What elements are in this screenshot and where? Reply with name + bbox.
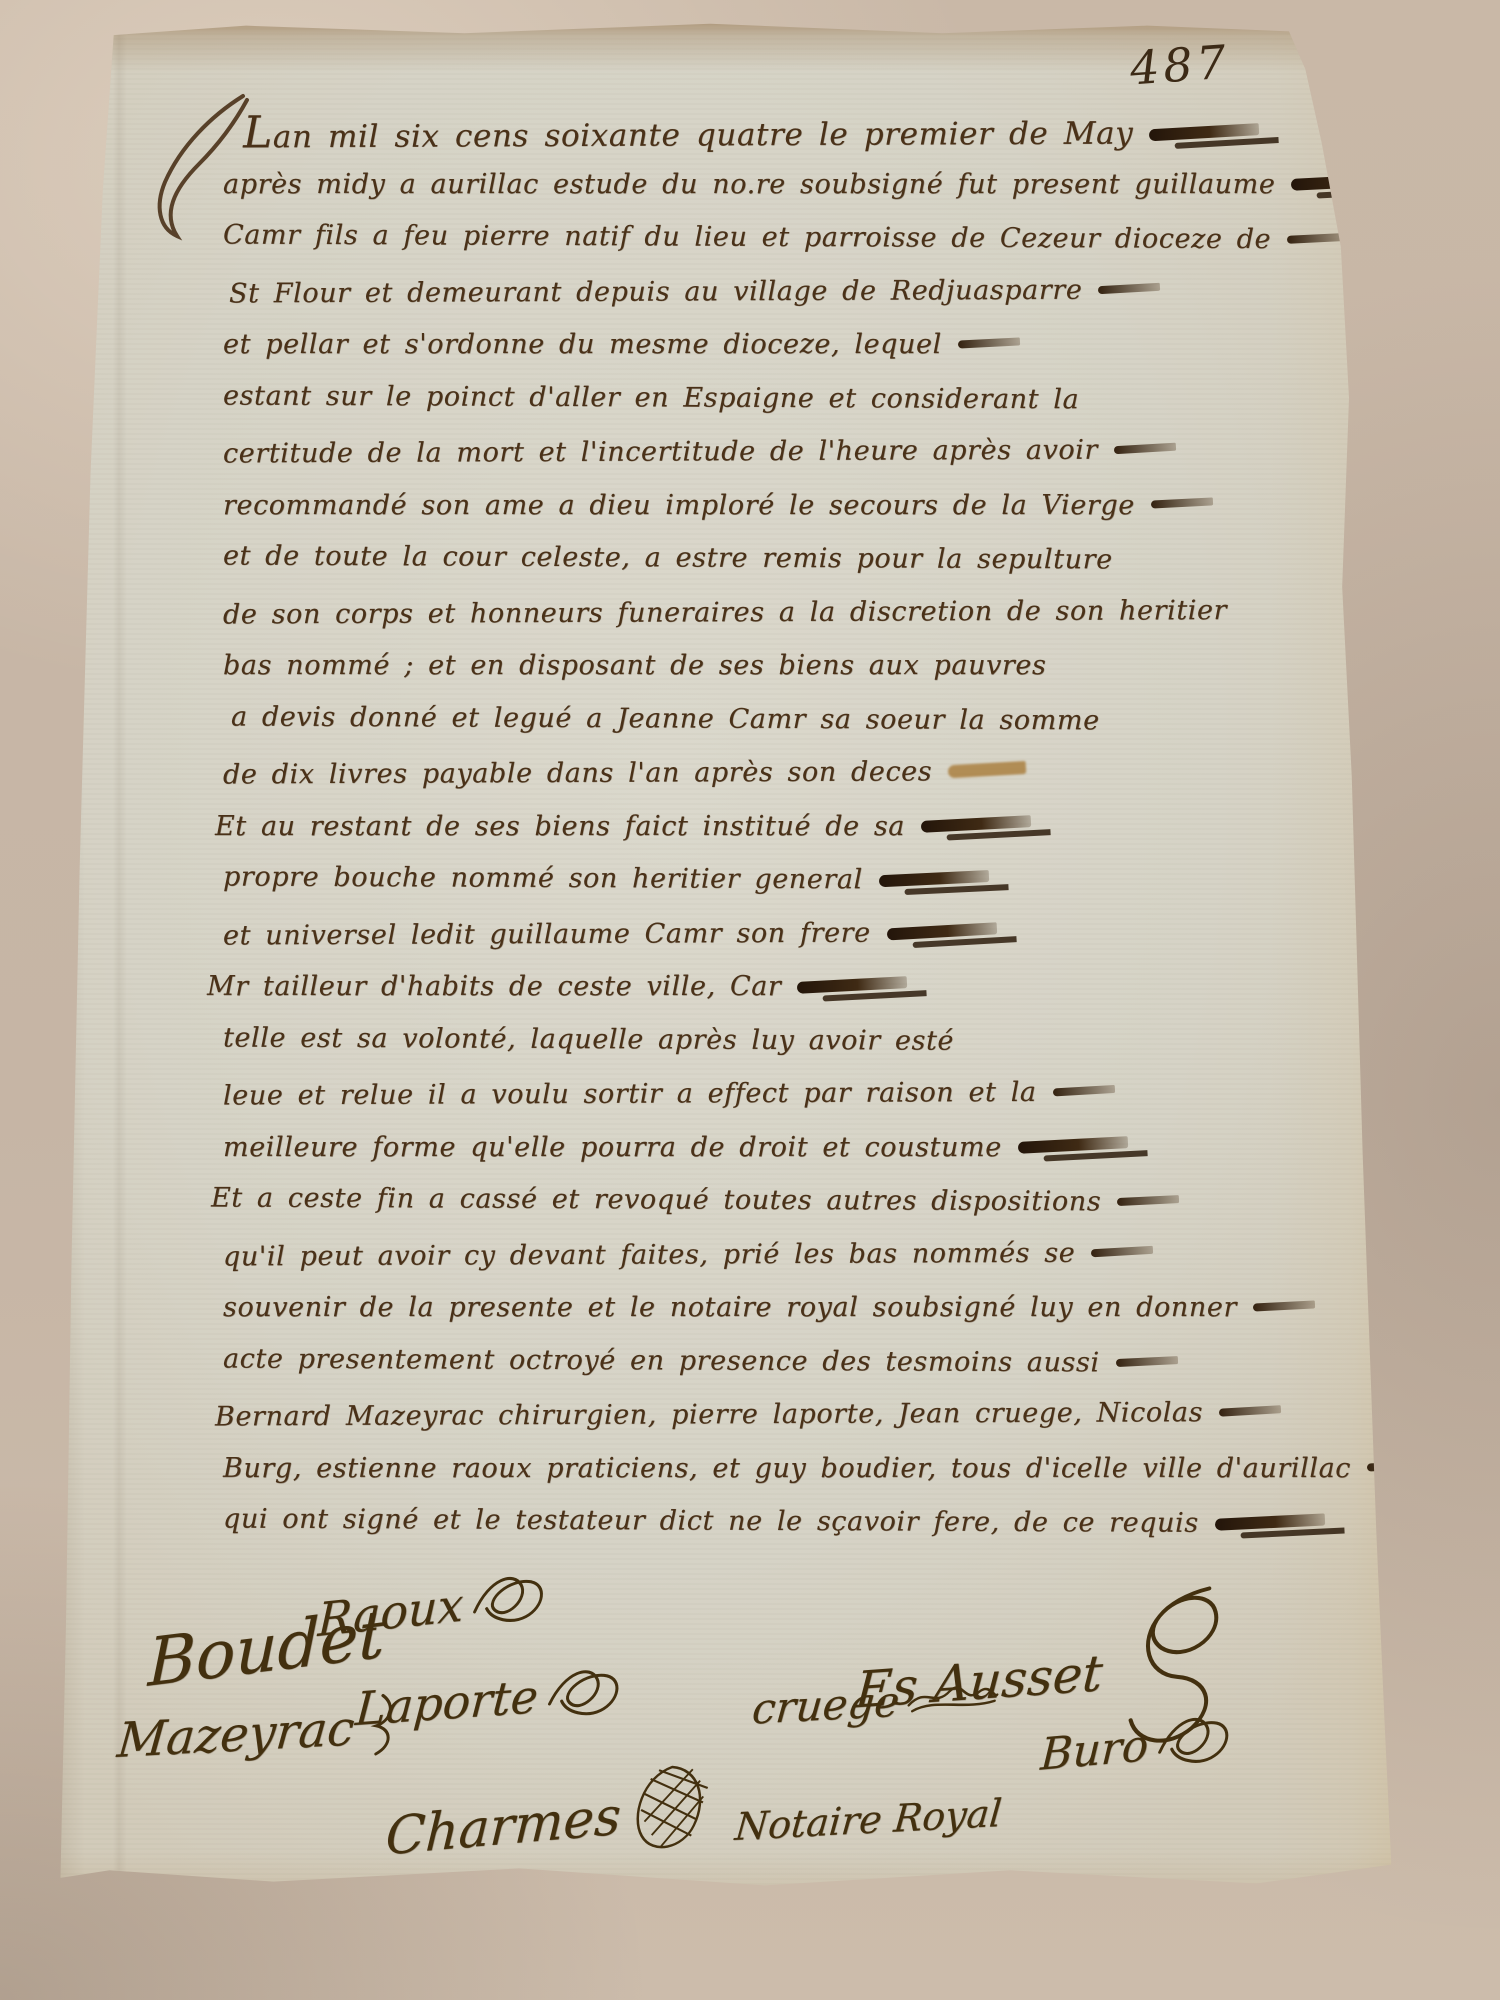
manuscript-line-text: Et au restant de ses biens faict institu… <box>215 811 905 842</box>
manuscript-line: qui ont signé et le testateur dict ne le… <box>223 1493 1353 1551</box>
manuscript-line: Et a ceste fin a cassé et revoqué toutes… <box>211 1172 1353 1230</box>
manuscript-line-text: Et a ceste fin a cassé et revoqué toutes… <box>211 1183 1101 1218</box>
manuscript-line-text: Bernard Mazeyrac chirurgien, pierre lapo… <box>215 1397 1203 1432</box>
signature-boudet: Boudet <box>147 1595 385 1702</box>
manuscript-line: certitude de la mort et l'incertitude de… <box>223 423 1353 481</box>
manuscript-line: a devis donné et legué a Jeanne Camr sa … <box>231 690 1353 748</box>
signature-notaire-royal: Notaire Royal <box>733 1791 1003 1849</box>
line-filler-ink-stroke <box>1151 497 1213 508</box>
line-filler-ink-stroke <box>1115 1355 1177 1366</box>
line-filler-ink-stroke <box>958 337 1020 348</box>
line-filler-ink-stroke <box>1367 1460 1429 1471</box>
manuscript-line-text: et pellar et s'ordonne du mesme dioceze,… <box>223 329 942 360</box>
manuscript-line: souvenir de la presente et le notaire ro… <box>223 1281 1353 1335</box>
manuscript-line-text: et de toute la cour celeste, a estre rem… <box>223 541 1113 576</box>
manuscript-line: et de toute la cour celeste, a estre rem… <box>223 530 1353 588</box>
manuscript-line: Bernard Mazeyrac chirurgien, pierre lapo… <box>215 1386 1353 1444</box>
manuscript-line: leue et relue il a voulu sortir a effect… <box>223 1065 1353 1123</box>
signature-mazeyrac: Mazeyrac <box>114 1690 404 1783</box>
signature-name: Boudet <box>147 1595 385 1702</box>
page-number: 487 <box>1128 35 1231 96</box>
manuscript-line: qu'il peut avoir cy devant faites, prié … <box>223 1225 1353 1283</box>
manuscript-text: Lan mil six cens soixante quatre le prem… <box>223 104 1353 1549</box>
manuscript-line-text: certitude de la mort et l'incertitude de… <box>223 435 1098 470</box>
signature-paraph-flourish <box>541 1658 630 1735</box>
manuscript-line-text: Lan mil six cens soixante quatre le prem… <box>243 116 1133 156</box>
manuscript-line-text: de dix livres payable dans l'an après so… <box>223 756 932 790</box>
manuscript-line-text: meilleure forme qu'elle pourra de droit … <box>223 1132 1002 1163</box>
manuscript-line-text: après midy a aurillac estude du no.re so… <box>223 169 1275 200</box>
manuscript-line-text: qui ont signé et le testateur dict ne le… <box>223 1504 1199 1539</box>
manuscript-line: Mr tailleur d'habits de ceste ville, Car <box>207 960 1353 1014</box>
line-filler-ink-stroke <box>797 976 907 994</box>
manuscript-line-text: souvenir de la presente et le notaire ro… <box>223 1292 1237 1323</box>
manuscript-line-text: telle est sa volonté, laquelle après luy… <box>223 1022 954 1056</box>
line-filler-ink-stroke <box>1219 1405 1281 1417</box>
manuscript-line-text: St Flour et demeurant depuis au village … <box>229 274 1083 309</box>
line-filler-ink-stroke <box>1052 1084 1114 1096</box>
signature-charmes: Charmes <box>383 1757 715 1895</box>
line-filler-ink-stroke <box>1018 1136 1128 1154</box>
manuscript-line-text: estant sur le poinct d'aller en Espaigne… <box>223 380 1079 415</box>
line-filler-ink-stroke <box>1287 232 1349 243</box>
line-filler-ink-stroke <box>1117 1195 1179 1206</box>
signature-paraph-flourish <box>1152 1705 1239 1784</box>
manuscript-line: de son corps et honneurs funeraires a la… <box>223 583 1353 641</box>
manuscript-line: acte presentement octroyé en presence de… <box>223 1332 1353 1390</box>
manuscript-line-text: a devis donné et legué a Jeanne Camr sa … <box>231 701 1100 736</box>
manuscript-line-text: qu'il peut avoir cy devant faites, prié … <box>223 1237 1075 1272</box>
line-filler-ink-stroke <box>948 761 1027 778</box>
signature-paraph-flourish <box>624 1757 715 1874</box>
manuscript-line-text: et universel ledit guillaume Camr son fr… <box>223 917 871 951</box>
manuscript-line: et pellar et s'ordonne du mesme dioceze,… <box>223 318 1353 372</box>
manuscript-line: recommandé son ame a dieu imploré le sec… <box>223 479 1353 533</box>
manuscript-line: de dix livres payable dans l'an après so… <box>223 744 1353 802</box>
manuscript-line: Camr fils a feu pierre natif du lieu et … <box>223 209 1353 267</box>
manuscript-line: Burg, estienne raoux praticiens, et guy … <box>223 1442 1353 1496</box>
manuscript-line: Lan mil six cens soixante quatre le prem… <box>243 102 1353 160</box>
manuscript-line-text: bas nommé ; et en disposant de ses biens… <box>223 650 1046 681</box>
manuscript-line: Et au restant de ses biens faict institu… <box>215 800 1353 854</box>
line-filler-ink-stroke <box>1291 173 1401 191</box>
manuscript-line: bas nommé ; et en disposant de ses biens… <box>223 639 1353 693</box>
line-filler-ink-stroke <box>879 870 989 887</box>
signature-paraph-flourish <box>903 1674 1003 1729</box>
line-filler-ink-stroke <box>1098 282 1160 294</box>
line-filler-ink-stroke <box>1253 1300 1315 1311</box>
line-filler-ink-stroke <box>1215 1513 1325 1530</box>
manuscript-line-text: leue et relue il a voulu sortir a effect… <box>223 1077 1037 1112</box>
line-filler-ink-stroke <box>1114 442 1176 454</box>
signature-paraph-flourish <box>468 1563 554 1643</box>
manuscript-line-text: Camr fils a feu pierre natif du lieu et … <box>223 220 1271 256</box>
signature-paraph-flourish <box>356 1690 403 1771</box>
photo-backdrop: 487 Lan mil six cens soixante quatre le … <box>0 0 1500 2000</box>
manuscript-line: St Flour et demeurant depuis au village … <box>229 262 1353 320</box>
manuscript-line-text: Mr tailleur d'habits de ceste ville, Car <box>207 971 781 1002</box>
line-filler-ink-stroke <box>921 815 1031 833</box>
manuscript-line: et universel ledit guillaume Camr son fr… <box>223 904 1353 962</box>
manuscript-line: après midy a aurillac estude du no.re so… <box>223 158 1353 212</box>
manuscript-line-text: acte presentement octroyé en presence de… <box>223 1343 1100 1378</box>
signature-name: Notaire Royal <box>733 1791 1003 1849</box>
signature-name: cruege <box>750 1677 901 1734</box>
signature-name: Mazeyrac <box>115 1700 357 1769</box>
line-filler-ink-stroke <box>1149 123 1260 141</box>
manuscript-line-text: recommandé son ame a dieu imploré le sec… <box>223 490 1135 521</box>
line-filler-ink-stroke <box>1091 1245 1153 1257</box>
manuscript-line-text: propre bouche nommé son heritier general <box>223 862 863 896</box>
line-filler-ink-stroke <box>886 921 997 939</box>
manuscript-line: telle est sa volonté, laquelle après luy… <box>223 1011 1353 1069</box>
manuscript-line-text: de son corps et honneurs funeraires a la… <box>223 595 1227 630</box>
signature-name: Charmes <box>384 1786 622 1867</box>
manuscript-line: meilleure forme qu'elle pourra de droit … <box>223 1121 1353 1175</box>
signature-name: Buro <box>1039 1720 1149 1781</box>
manuscript-line: propre bouche nommé son heritier general <box>223 851 1353 909</box>
manuscript-line-text: Burg, estienne raoux praticiens, et guy … <box>223 1453 1351 1484</box>
manuscript-line: estant sur le poinct d'aller en Espaigne… <box>223 369 1353 427</box>
manuscript-page: 487 Lan mil six cens soixante quatre le … <box>55 20 1420 1910</box>
